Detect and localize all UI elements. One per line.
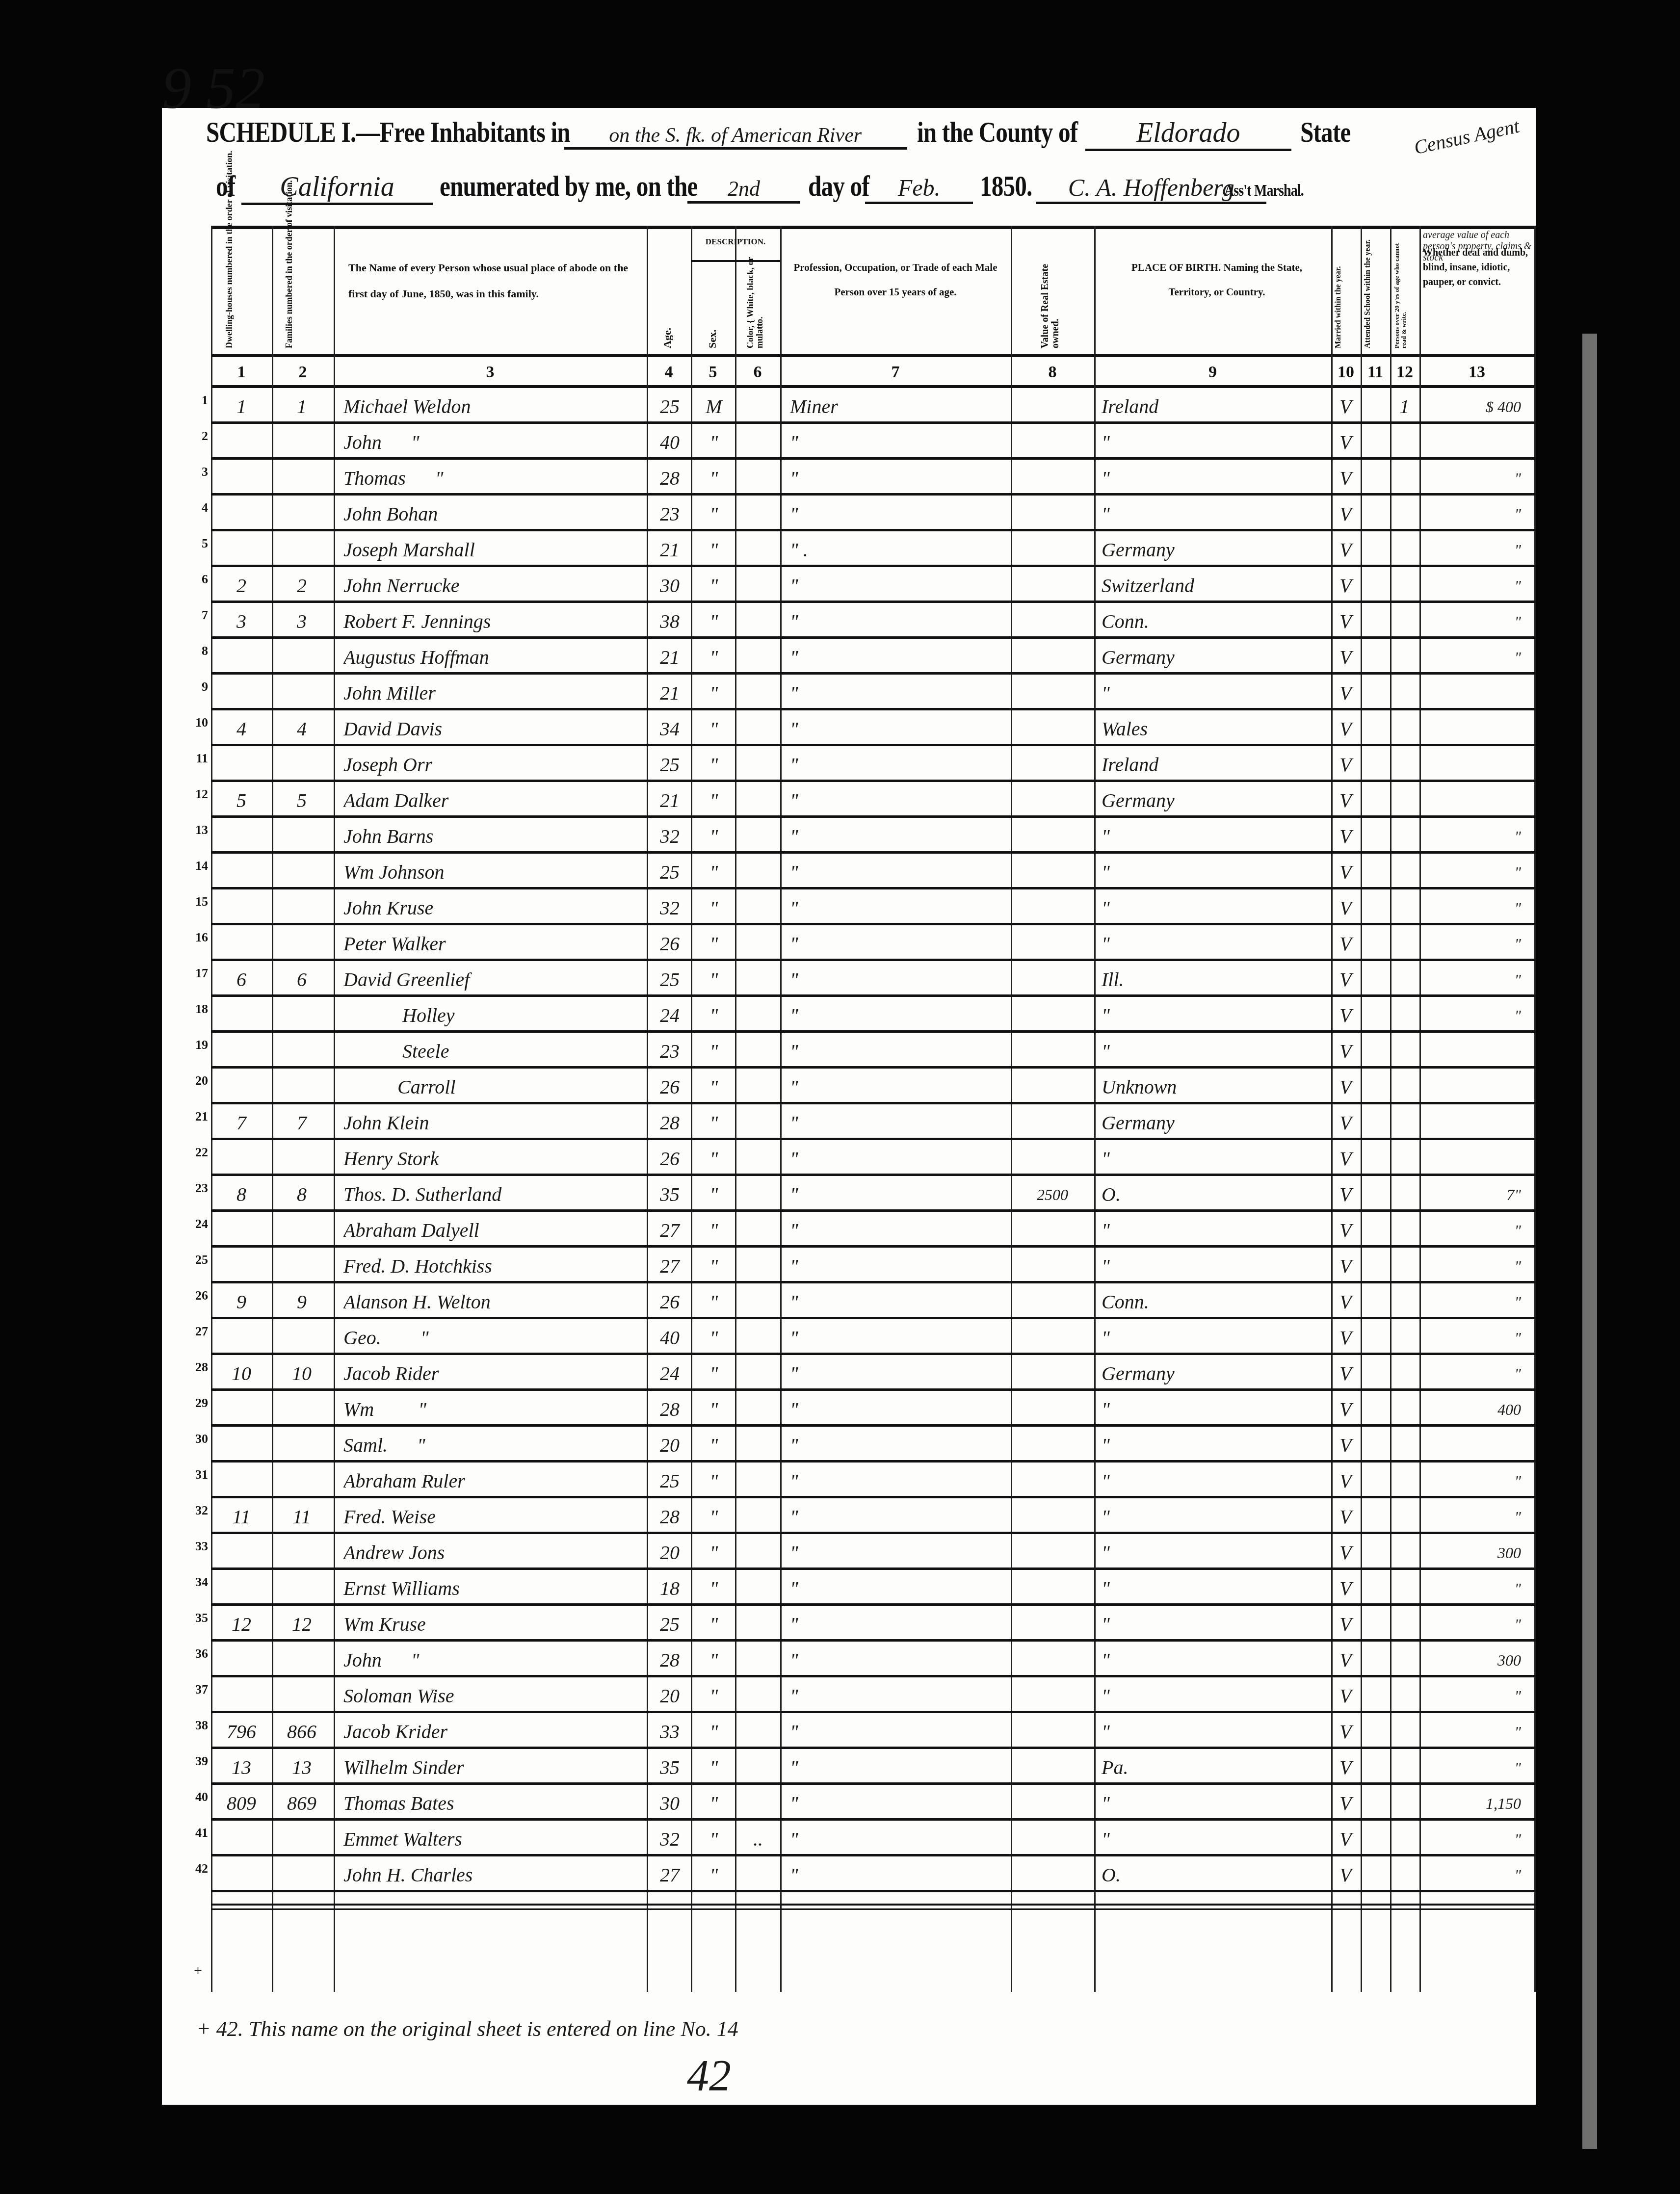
table-row: 5Joseph Marshall21"" .GermanyV": [211, 531, 1536, 567]
real-estate-value-cell: [1013, 1143, 1092, 1175]
dwelling-number-cell: [217, 1573, 266, 1604]
occupation-cell: ": [790, 463, 1016, 494]
dwelling-number-cell: 13: [217, 1752, 266, 1783]
occupation-cell: ": [790, 1752, 1016, 1783]
family-number-cell: [277, 892, 326, 924]
occupation-cell: Miner: [790, 391, 1016, 422]
person-name-cell: Thomas Bates: [343, 1788, 648, 1819]
occupation-cell: ": [790, 1107, 1016, 1139]
birthplace-cell: Conn.: [1102, 606, 1332, 637]
line-number: 4: [181, 500, 208, 515]
remarks-cell: 400: [1423, 1394, 1531, 1425]
table-row: 622John Nerrucke30""SwitzerlandV": [211, 567, 1536, 603]
birthplace-cell: O.: [1102, 1179, 1332, 1210]
illiterate-mark-cell: [1391, 1645, 1418, 1676]
real-estate-value-cell: [1013, 1251, 1092, 1282]
person-name-cell: Wm Johnson: [343, 857, 648, 888]
color-cell: [738, 857, 778, 888]
illiterate-mark-cell: [1391, 534, 1418, 566]
occupation-cell: " .: [790, 534, 1016, 566]
sex-cell: ": [694, 749, 734, 781]
remarks-cell: $ 400: [1423, 391, 1531, 422]
remarks-cell: [1423, 427, 1531, 458]
remarks-cell: ": [1423, 463, 1531, 494]
dwelling-number-cell: [217, 1215, 266, 1246]
remarks-cell: 7": [1423, 1179, 1531, 1210]
illiterate-mark-cell: [1391, 498, 1418, 530]
person-name-cell: Jacob Rider: [343, 1358, 648, 1389]
school-mark-cell: [1362, 1179, 1389, 1210]
dwelling-number-cell: [217, 1645, 266, 1676]
table-bottom-rule: [211, 1904, 1536, 1906]
table-row: 38796866Jacob Krider33"""V": [211, 1713, 1536, 1749]
footnote-mark: 42: [687, 2051, 731, 2101]
table-row: 30Saml. "20"""V: [211, 1427, 1536, 1463]
family-number-cell: 3: [277, 606, 326, 637]
person-name-cell: Fred. D. Hotchkiss: [343, 1251, 648, 1282]
birthplace-cell: Unknown: [1102, 1071, 1332, 1103]
dwelling-number-cell: 6: [217, 964, 266, 995]
table-row: 19 Steele23"""V: [211, 1033, 1536, 1069]
person-name-cell: Abraham Ruler: [343, 1465, 648, 1497]
person-name-cell: Soloman Wise: [343, 1680, 648, 1712]
illiterate-mark-cell: [1391, 570, 1418, 601]
real-estate-value-cell: [1013, 1537, 1092, 1568]
color-cell: [738, 928, 778, 960]
remarks-cell: [1423, 1143, 1531, 1175]
occupation-cell: ": [790, 1716, 1016, 1748]
real-estate-value-cell: [1013, 570, 1092, 601]
table-row: 24Abraham Dalyell27"""V": [211, 1212, 1536, 1248]
dwelling-number-cell: [217, 1465, 266, 1497]
person-name-cell: Carroll: [343, 1071, 648, 1103]
age-cell: 24: [650, 1000, 689, 1031]
person-name-cell: Michael Weldon: [343, 391, 648, 422]
dwelling-number-cell: 11: [217, 1501, 266, 1533]
remarks-cell: ": [1423, 1824, 1531, 1855]
line-number: 13: [181, 823, 208, 837]
family-number-cell: [277, 1322, 326, 1354]
school-mark-cell: [1362, 1215, 1389, 1246]
table-row: 33Andrew Jons20"""V300: [211, 1534, 1536, 1570]
family-number-cell: [277, 498, 326, 530]
school-mark-cell: [1362, 749, 1389, 781]
age-cell: 40: [650, 1322, 689, 1354]
dwelling-number-cell: [217, 498, 266, 530]
school-mark-cell: [1362, 1465, 1389, 1497]
color-cell: [738, 1716, 778, 1748]
real-estate-value-cell: [1013, 1752, 1092, 1783]
birthplace-cell: Ireland: [1102, 391, 1332, 422]
dwelling-number-cell: 5: [217, 785, 266, 816]
real-estate-value-cell: [1013, 1680, 1092, 1712]
illiterate-mark-cell: [1391, 749, 1418, 781]
real-estate-value-cell: [1013, 1394, 1092, 1425]
illiterate-mark-cell: [1391, 1788, 1418, 1819]
school-mark-cell: [1362, 713, 1389, 745]
dwelling-number-cell: [217, 1680, 266, 1712]
age-cell: 24: [650, 1358, 689, 1389]
school-mark-cell: [1362, 1609, 1389, 1640]
row-rule: [211, 1890, 1536, 1892]
person-name-cell: Holley: [343, 1000, 648, 1031]
age-cell: 25: [650, 964, 689, 995]
table-row: 34Ernst Williams18"""V": [211, 1570, 1536, 1606]
illiterate-mark-cell: [1391, 1179, 1418, 1210]
age-cell: 33: [650, 1716, 689, 1748]
illiterate-mark-cell: [1391, 964, 1418, 995]
remarks-cell: ": [1423, 1680, 1531, 1712]
description-group-rule: [691, 260, 780, 262]
illiterate-mark-cell: 1: [1391, 391, 1418, 422]
occupation-cell: ": [790, 1788, 1016, 1819]
school-mark-cell: [1362, 1394, 1389, 1425]
real-estate-value-cell: [1013, 892, 1092, 924]
school-mark-cell: [1362, 1286, 1389, 1318]
age-cell: 23: [650, 498, 689, 530]
real-estate-value-cell: [1013, 1036, 1092, 1067]
age-cell: 32: [650, 821, 689, 852]
table-bottom-rule-2: [211, 1908, 1536, 1910]
dwelling-number-cell: [217, 928, 266, 960]
school-mark-cell: [1362, 1645, 1389, 1676]
married-mark-cell: V: [1332, 1716, 1359, 1748]
illiterate-mark-cell: [1391, 1394, 1418, 1425]
birthplace-cell: ": [1102, 1501, 1332, 1533]
occupation-cell: ": [790, 1394, 1016, 1425]
birthplace-cell: ": [1102, 1716, 1332, 1748]
real-estate-value-cell: [1013, 785, 1092, 816]
sex-cell: ": [694, 1000, 734, 1031]
description-group-label: DESCRIPTION.: [691, 235, 780, 248]
person-name-cell: John Kruse: [343, 892, 648, 924]
table-row: 321111Fred. Weise28"""V": [211, 1498, 1536, 1534]
person-name-cell: John Bohan: [343, 498, 648, 530]
illiterate-mark-cell: [1391, 1036, 1418, 1067]
person-name-cell: John Klein: [343, 1107, 648, 1139]
header-col-11: Attended School within the year.: [1364, 235, 1372, 348]
occupation-cell: ": [790, 1501, 1016, 1533]
person-name-cell: Thos. D. Sutherland: [343, 1179, 648, 1210]
sex-cell: ": [694, 713, 734, 745]
col-number-4: 4: [647, 363, 691, 382]
color-cell: [738, 498, 778, 530]
illiterate-mark-cell: [1391, 1251, 1418, 1282]
family-number-cell: [277, 1036, 326, 1067]
line-number: 28: [181, 1360, 208, 1375]
schedule-title-line-1: SCHEDULE I.—Free Inhabitants in on the S…: [206, 115, 1362, 151]
married-mark-cell: V: [1332, 1680, 1359, 1712]
col-number-13: 13: [1419, 363, 1534, 382]
birthplace-cell: ": [1102, 1215, 1332, 1246]
real-estate-value-cell: [1013, 1501, 1092, 1533]
birthplace-cell: ": [1102, 892, 1332, 924]
remarks-cell: ": [1423, 1465, 1531, 1497]
dwelling-number-cell: [217, 427, 266, 458]
color-cell: [738, 1465, 778, 1497]
occupation-cell: ": [790, 713, 1016, 745]
line-number: 32: [181, 1503, 208, 1518]
married-mark-cell: V: [1332, 821, 1359, 852]
married-mark-cell: V: [1332, 1752, 1359, 1783]
scan-edge-strip: [1582, 334, 1597, 2149]
table-row: 27Geo. "40"""V": [211, 1319, 1536, 1355]
table-row: 2John "40"""V: [211, 424, 1536, 460]
family-number-cell: [277, 928, 326, 960]
header-col-5: Sex.: [707, 330, 718, 349]
school-mark-cell: [1362, 857, 1389, 888]
sex-cell: ": [694, 534, 734, 566]
birthplace-cell: ": [1102, 1251, 1332, 1282]
real-estate-value-cell: [1013, 1071, 1092, 1103]
day-field: 2nd: [687, 176, 800, 204]
line-number: 31: [181, 1467, 208, 1482]
dwelling-number-cell: [217, 463, 266, 494]
school-mark-cell: [1362, 1071, 1389, 1103]
occupation-cell: ": [790, 570, 1016, 601]
line-number: 41: [181, 1826, 208, 1840]
person-name-cell: Fred. Weise: [343, 1501, 648, 1533]
dwelling-number-cell: [217, 534, 266, 566]
family-number-cell: 1: [277, 391, 326, 422]
line-number: 23: [181, 1181, 208, 1196]
birthplace-cell: ": [1102, 1573, 1332, 1604]
line-number: 39: [181, 1754, 208, 1769]
line-number: 29: [181, 1396, 208, 1410]
remarks-cell: [1423, 785, 1531, 816]
county-label: in the County of: [917, 115, 1077, 149]
color-cell: [738, 1609, 778, 1640]
person-name-cell: David Davis: [343, 713, 648, 745]
color-cell: [738, 1143, 778, 1175]
table-row: 42John H. Charles27""O.V": [211, 1856, 1536, 1892]
color-cell: [738, 1788, 778, 1819]
birthplace-cell: ": [1102, 1036, 1332, 1067]
age-cell: 20: [650, 1430, 689, 1461]
remarks-cell: [1423, 1430, 1531, 1461]
married-mark-cell: V: [1332, 642, 1359, 673]
line-number: 33: [181, 1539, 208, 1554]
remarks-cell: 1,150: [1423, 1788, 1531, 1819]
family-number-cell: [277, 1859, 326, 1891]
birthplace-cell: ": [1102, 498, 1332, 530]
family-number-cell: 6: [277, 964, 326, 995]
occupation-cell: ": [790, 1680, 1016, 1712]
line-number: 3: [181, 465, 208, 479]
family-number-cell: [277, 749, 326, 781]
line-number: 18: [181, 1002, 208, 1017]
header-col-6: Color, { White, black, or mulatto.: [746, 255, 764, 348]
sex-cell: ": [694, 1859, 734, 1891]
family-number-cell: 11: [277, 1501, 326, 1533]
sex-cell: ": [694, 570, 734, 601]
real-estate-value-cell: [1013, 713, 1092, 745]
sex-cell: ": [694, 1716, 734, 1748]
age-cell: 30: [650, 570, 689, 601]
age-cell: 26: [650, 928, 689, 960]
person-name-cell: Adam Dalker: [343, 785, 648, 816]
illiterate-mark-cell: [1391, 892, 1418, 924]
occupation-cell: ": [790, 1036, 1016, 1067]
color-cell: [738, 1680, 778, 1712]
school-mark-cell: [1362, 1859, 1389, 1891]
line-number: 37: [181, 1682, 208, 1697]
line-number: 12: [181, 787, 208, 802]
table-row: 1766David Greenlief25""Ill.V": [211, 961, 1536, 997]
real-estate-value-cell: [1013, 1322, 1092, 1354]
sex-cell: ": [694, 821, 734, 852]
sex-cell: ": [694, 1430, 734, 1461]
col-number-12: 12: [1390, 363, 1419, 382]
illiterate-mark-cell: [1391, 427, 1418, 458]
table-row: 25Fred. D. Hotchkiss27"""V": [211, 1248, 1536, 1283]
dwelling-number-cell: 809: [217, 1788, 266, 1819]
color-cell: [738, 1215, 778, 1246]
line-number: 21: [181, 1109, 208, 1124]
married-mark-cell: V: [1332, 1251, 1359, 1282]
occupation-cell: ": [790, 857, 1016, 888]
occupation-cell: ": [790, 1609, 1016, 1640]
color-cell: [738, 892, 778, 924]
sex-cell: ": [694, 678, 734, 709]
family-number-cell: 12: [277, 1609, 326, 1640]
occupation-cell: ": [790, 749, 1016, 781]
married-mark-cell: V: [1332, 749, 1359, 781]
school-mark-cell: [1362, 1358, 1389, 1389]
age-cell: 20: [650, 1680, 689, 1712]
line-number: 5: [181, 536, 208, 551]
state-label: State: [1300, 115, 1350, 149]
dwelling-number-cell: [217, 1322, 266, 1354]
married-mark-cell: V: [1332, 1358, 1359, 1389]
married-mark-cell: V: [1332, 1071, 1359, 1103]
married-mark-cell: V: [1332, 606, 1359, 637]
dwelling-number-cell: 8: [217, 1179, 266, 1210]
line-number: 42: [181, 1861, 208, 1876]
age-cell: 23: [650, 1036, 689, 1067]
enumerated-label: enumerated by me, on the: [440, 169, 698, 203]
birthplace-cell: Ireland: [1102, 749, 1332, 781]
dwelling-number-cell: [217, 1143, 266, 1175]
birthplace-cell: ": [1102, 857, 1332, 888]
color-cell: [738, 678, 778, 709]
table-row: 2388Thos. D. Sutherland35""2500O.V7": [211, 1176, 1536, 1212]
real-estate-value-cell: [1013, 928, 1092, 960]
illiterate-mark-cell: [1391, 821, 1418, 852]
color-cell: [738, 964, 778, 995]
dwelling-number-cell: [217, 1430, 266, 1461]
line-number: 1: [181, 393, 208, 408]
age-cell: 34: [650, 713, 689, 745]
dwelling-number-cell: [217, 1251, 266, 1282]
color-cell: [738, 570, 778, 601]
color-cell: [738, 749, 778, 781]
col-number-9: 9: [1094, 363, 1331, 382]
col-number-6: 6: [735, 363, 780, 382]
age-cell: 38: [650, 606, 689, 637]
remarks-cell: ": [1423, 1859, 1531, 1891]
age-cell: 27: [650, 1251, 689, 1282]
real-estate-value-cell: [1013, 534, 1092, 566]
school-mark-cell: [1362, 1251, 1389, 1282]
person-name-cell: Wilhelm Sinder: [343, 1752, 648, 1783]
remarks-cell: ": [1423, 1251, 1531, 1282]
married-mark-cell: V: [1332, 1430, 1359, 1461]
table-row: 31Abraham Ruler25"""V": [211, 1463, 1536, 1498]
person-name-cell: Peter Walker: [343, 928, 648, 960]
remarks-cell: ": [1423, 928, 1531, 960]
illiterate-mark-cell: [1391, 1680, 1418, 1712]
color-cell: [738, 713, 778, 745]
married-mark-cell: V: [1332, 892, 1359, 924]
sex-cell: ": [694, 1322, 734, 1354]
color-cell: [738, 1322, 778, 1354]
birthplace-cell: Germany: [1102, 642, 1332, 673]
line-number: 9: [181, 679, 208, 694]
line-number: 40: [181, 1790, 208, 1804]
color-cell: [738, 1071, 778, 1103]
age-cell: 27: [650, 1859, 689, 1891]
age-cell: 40: [650, 427, 689, 458]
illiterate-mark-cell: [1391, 857, 1418, 888]
married-mark-cell: V: [1332, 1143, 1359, 1175]
sex-cell: ": [694, 642, 734, 673]
illiterate-mark-cell: [1391, 785, 1418, 816]
school-mark-cell: [1362, 1143, 1389, 1175]
illiterate-mark-cell: [1391, 1143, 1418, 1175]
remarks-cell: ": [1423, 1000, 1531, 1031]
occupation-cell: ": [790, 928, 1016, 960]
color-cell: [738, 1358, 778, 1389]
year-label: 1850.: [980, 169, 1032, 203]
person-name-cell: Steele: [343, 1036, 648, 1067]
color-cell: [738, 606, 778, 637]
married-mark-cell: V: [1332, 463, 1359, 494]
state-field: California: [241, 171, 433, 205]
sex-cell: ": [694, 1394, 734, 1425]
remarks-cell: ": [1423, 1609, 1531, 1640]
family-number-cell: 2: [277, 570, 326, 601]
real-estate-value-cell: [1013, 749, 1092, 781]
occupation-cell: ": [790, 1537, 1016, 1568]
header-col-9: PLACE OF BIRTH. Naming the State, Territ…: [1124, 255, 1310, 305]
family-number-cell: 13: [277, 1752, 326, 1783]
table-row: 41Emmet Walters32"..""V": [211, 1821, 1536, 1856]
dwelling-number-cell: 796: [217, 1716, 266, 1748]
line-number: 15: [181, 894, 208, 909]
birthplace-cell: ": [1102, 427, 1332, 458]
dwelling-number-cell: [217, 1537, 266, 1568]
real-estate-value-cell: [1013, 1716, 1092, 1748]
birthplace-cell: ": [1102, 1788, 1332, 1819]
occupation-cell: ": [790, 1859, 1016, 1891]
remarks-cell: [1423, 1107, 1531, 1139]
real-estate-value-cell: [1013, 1645, 1092, 1676]
sex-cell: ": [694, 892, 734, 924]
married-mark-cell: V: [1332, 1645, 1359, 1676]
occupation-cell: ": [790, 498, 1016, 530]
real-estate-value-cell: [1013, 857, 1092, 888]
table-row: 15John Kruse32"""V": [211, 889, 1536, 925]
illiterate-mark-cell: [1391, 642, 1418, 673]
remarks-cell: 300: [1423, 1537, 1531, 1568]
married-mark-cell: V: [1332, 1036, 1359, 1067]
real-estate-value-cell: [1013, 1358, 1092, 1389]
age-cell: 25: [650, 1465, 689, 1497]
age-cell: 20: [650, 1537, 689, 1568]
header-col-3: The Name of every Person whose usual pla…: [348, 255, 633, 307]
birthplace-cell: ": [1102, 1824, 1332, 1855]
